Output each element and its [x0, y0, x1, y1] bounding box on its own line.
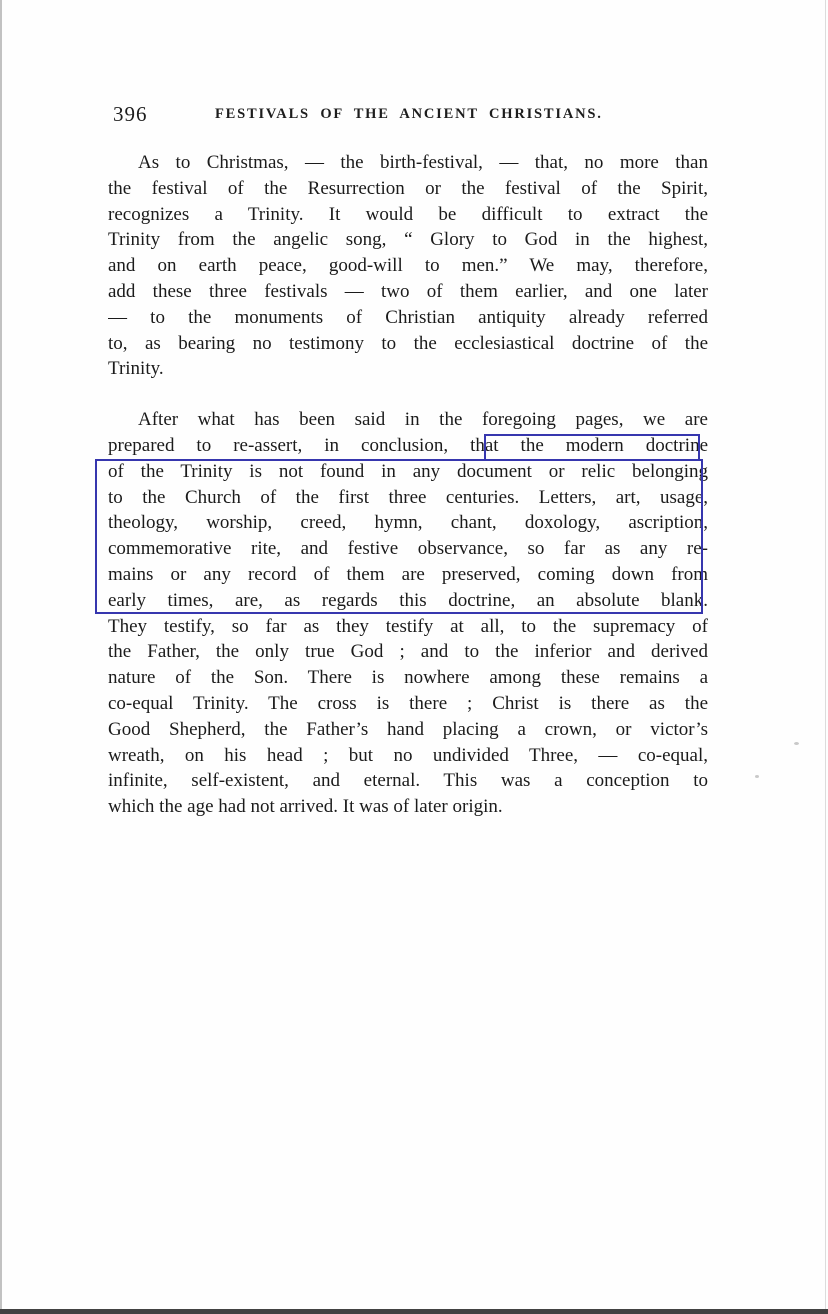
text-line: add these three festivals — two of them …	[108, 279, 708, 305]
text-line: commemorative rite, and festive observan…	[108, 536, 708, 562]
text-line: recognizes a Trinity. It would be diffic…	[108, 202, 708, 228]
paragraph-1: As to Christmas, — the birth-festival, —…	[108, 150, 708, 382]
text-line: mains or any record of them are preserve…	[108, 562, 708, 588]
text-line: of the Trinity is not found in any docum…	[108, 459, 708, 485]
text-line: infinite, self-existent, and eternal. Th…	[108, 768, 708, 794]
text-line: Trinity.	[108, 356, 708, 382]
scan-left-edge-line	[0, 0, 2, 1314]
text-line: the Father, the only true God ; and to t…	[108, 639, 708, 665]
body-text: As to Christmas, — the birth-festival, —…	[108, 150, 708, 820]
text-line: prepared to re-assert, in conclusion, th…	[108, 433, 708, 459]
text-line: — to the monuments of Christian antiquit…	[108, 305, 708, 331]
text-line: and on earth peace, good-will to men.” W…	[108, 253, 708, 279]
text-line: early times, are, as regards this doctri…	[108, 588, 708, 614]
text-line: After what has been said in the foregoin…	[108, 407, 708, 433]
scan-bottom-edge-band	[0, 1309, 828, 1314]
text-line: They testify, so far as they testify at …	[108, 614, 708, 640]
text-line: to, as bearing no testimony to the eccle…	[108, 331, 708, 357]
text-line: theology, worship, creed, hymn, chant, d…	[108, 510, 708, 536]
text-line: wreath, on his head ; but no undivided T…	[108, 743, 708, 769]
running-header: FESTIVALS OF THE ANCIENT CHRISTIANS.	[215, 106, 587, 123]
text-line: Good Shepherd, the Father’s hand placing…	[108, 717, 708, 743]
scan-speck	[755, 775, 759, 778]
text-line: to the Church of the first three centuri…	[108, 485, 708, 511]
page-number: 396	[113, 102, 148, 127]
scanned-page: { "page": { "number": "396", "running_he…	[0, 0, 828, 1314]
book-page: 396 FESTIVALS OF THE ANCIENT CHRISTIANS.…	[0, 0, 828, 1314]
scan-speck	[794, 742, 799, 745]
scan-right-edge-line	[825, 0, 826, 1314]
text-line: Trinity from the angelic song, “ Glory t…	[108, 227, 708, 253]
text-line: As to Christmas, — the birth-festival, —…	[108, 150, 708, 176]
text-line: co-equal Trinity. The cross is there ; C…	[108, 691, 708, 717]
text-line: which the age had not arrived. It was of…	[108, 794, 708, 820]
paragraph-2: After what has been said in the foregoin…	[108, 407, 708, 820]
text-line: the festival of the Resurrection or the …	[108, 176, 708, 202]
text-line: nature of the Son. There is nowhere amon…	[108, 665, 708, 691]
